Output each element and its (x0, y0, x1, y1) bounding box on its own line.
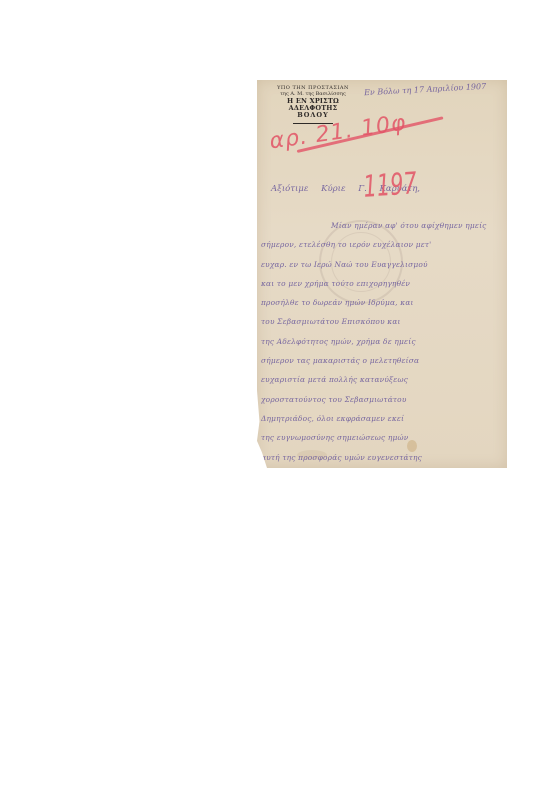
body-line: αυτή της προσφοράς υμών ευγενεστάτης (261, 448, 505, 467)
body-line: και το μεν χρήμα τούτο επιχορηγηθέν (261, 274, 505, 293)
body-line: ευχαριστία μετά πολλής κατανύξεως (261, 370, 505, 389)
body-line: χοροστατούντος του Σεβασμιωτάτου (261, 390, 505, 409)
body-line: ευχαρ. εν τω Ιερώ Ναώ του Ευαγγελισμού (261, 255, 505, 274)
body-line: της ευγνωμοσύνης σημειώσεως ημών (261, 428, 505, 447)
body-line: προσήλθε το δωρεάν ημών Ιδρύμα, και (261, 293, 505, 312)
body-line: σήμερον τας μακαριστάς ο μελετηθείσα (261, 351, 505, 370)
date-line: Εν Βόλω τη 17 Απριλίου 1907 (364, 82, 487, 97)
letter-page: ΥΠΟ ΤΗΝ ΠΡΟΣΤΑΣΙΑΝ της Α. Μ. της Βασιλίσ… (257, 80, 507, 468)
body-line: της Αδελφότητος ημών, χρήμα δε ημείς (261, 332, 505, 351)
red-number-annotation: 1197 (362, 166, 418, 205)
body-line: της ψυχής υμών δε μετά χαράς (261, 467, 505, 468)
body-line: Μίαν ημέραν αφ' ότου αφίχθημεν ημείς (261, 216, 505, 235)
letter-body: Μίαν ημέραν αφ' ότου αφίχθημεν ημείς σήμ… (261, 216, 505, 468)
body-line: σήμερον, ετελέσθη το ιερόν ευχέλαιον μετ… (261, 235, 505, 254)
letterhead-line-3: Η ΕΝ ΧΡΙΣΤΩ ΑΔΕΛΦΟΤΗΣ (263, 98, 363, 113)
body-line: του Σεβασμιωτάτου Επισκόπου και (261, 312, 505, 331)
body-line: Δημητριάδος, όλοι εκφράσαμεν εκεί (261, 409, 505, 428)
